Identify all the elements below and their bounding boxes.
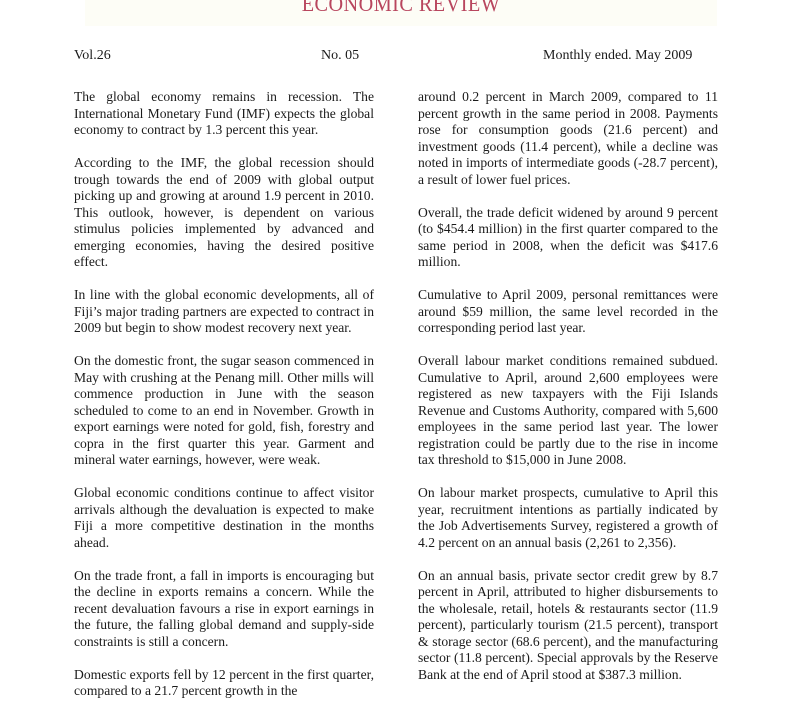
paragraph-domestic-exports: Domestic exports fell by 12 percent in t…	[74, 667, 374, 700]
paragraph-imports-continued: around 0.2 percent in March 2009, compar…	[418, 89, 718, 188]
paragraph-domestic-front: On the domestic front, the sugar season …	[74, 353, 374, 469]
paragraph-private-credit: On an annual basis, private sector credi…	[418, 568, 718, 684]
publication-title: ECONOMIC REVIEW	[110, 0, 691, 17]
volume-label: Vol.26	[74, 48, 111, 64]
paragraph-remittances: Cumulative to April 2009, personal remit…	[418, 287, 718, 337]
paragraph-global-recession: The global economy remains in recession.…	[74, 89, 374, 139]
paragraph-trading-partners: In line with the global economic develop…	[74, 287, 374, 337]
paragraph-trade-deficit: Overall, the trade deficit widened by ar…	[418, 205, 718, 271]
masthead-banner: ECONOMIC REVIEW	[85, 0, 717, 26]
issue-number-label: No. 05	[321, 48, 359, 64]
right-text-column: around 0.2 percent in March 2009, compar…	[418, 89, 718, 700]
paragraph-visitor-arrivals: Global economic conditions continue to a…	[74, 485, 374, 551]
left-text-column: The global economy remains in recession.…	[74, 89, 374, 716]
paragraph-trade-front: On the trade front, a fall in imports is…	[74, 568, 374, 651]
issue-period-label: Monthly ended. May 2009	[543, 48, 692, 64]
issue-info-row: Vol.26 No. 05 Monthly ended. May 2009	[0, 48, 791, 68]
paragraph-labour-prospects: On labour market prospects, cumulative t…	[418, 485, 718, 551]
paragraph-labour-market: Overall labour market conditions remaine…	[418, 353, 718, 469]
paragraph-imf-outlook: According to the IMF, the global recessi…	[74, 155, 374, 271]
